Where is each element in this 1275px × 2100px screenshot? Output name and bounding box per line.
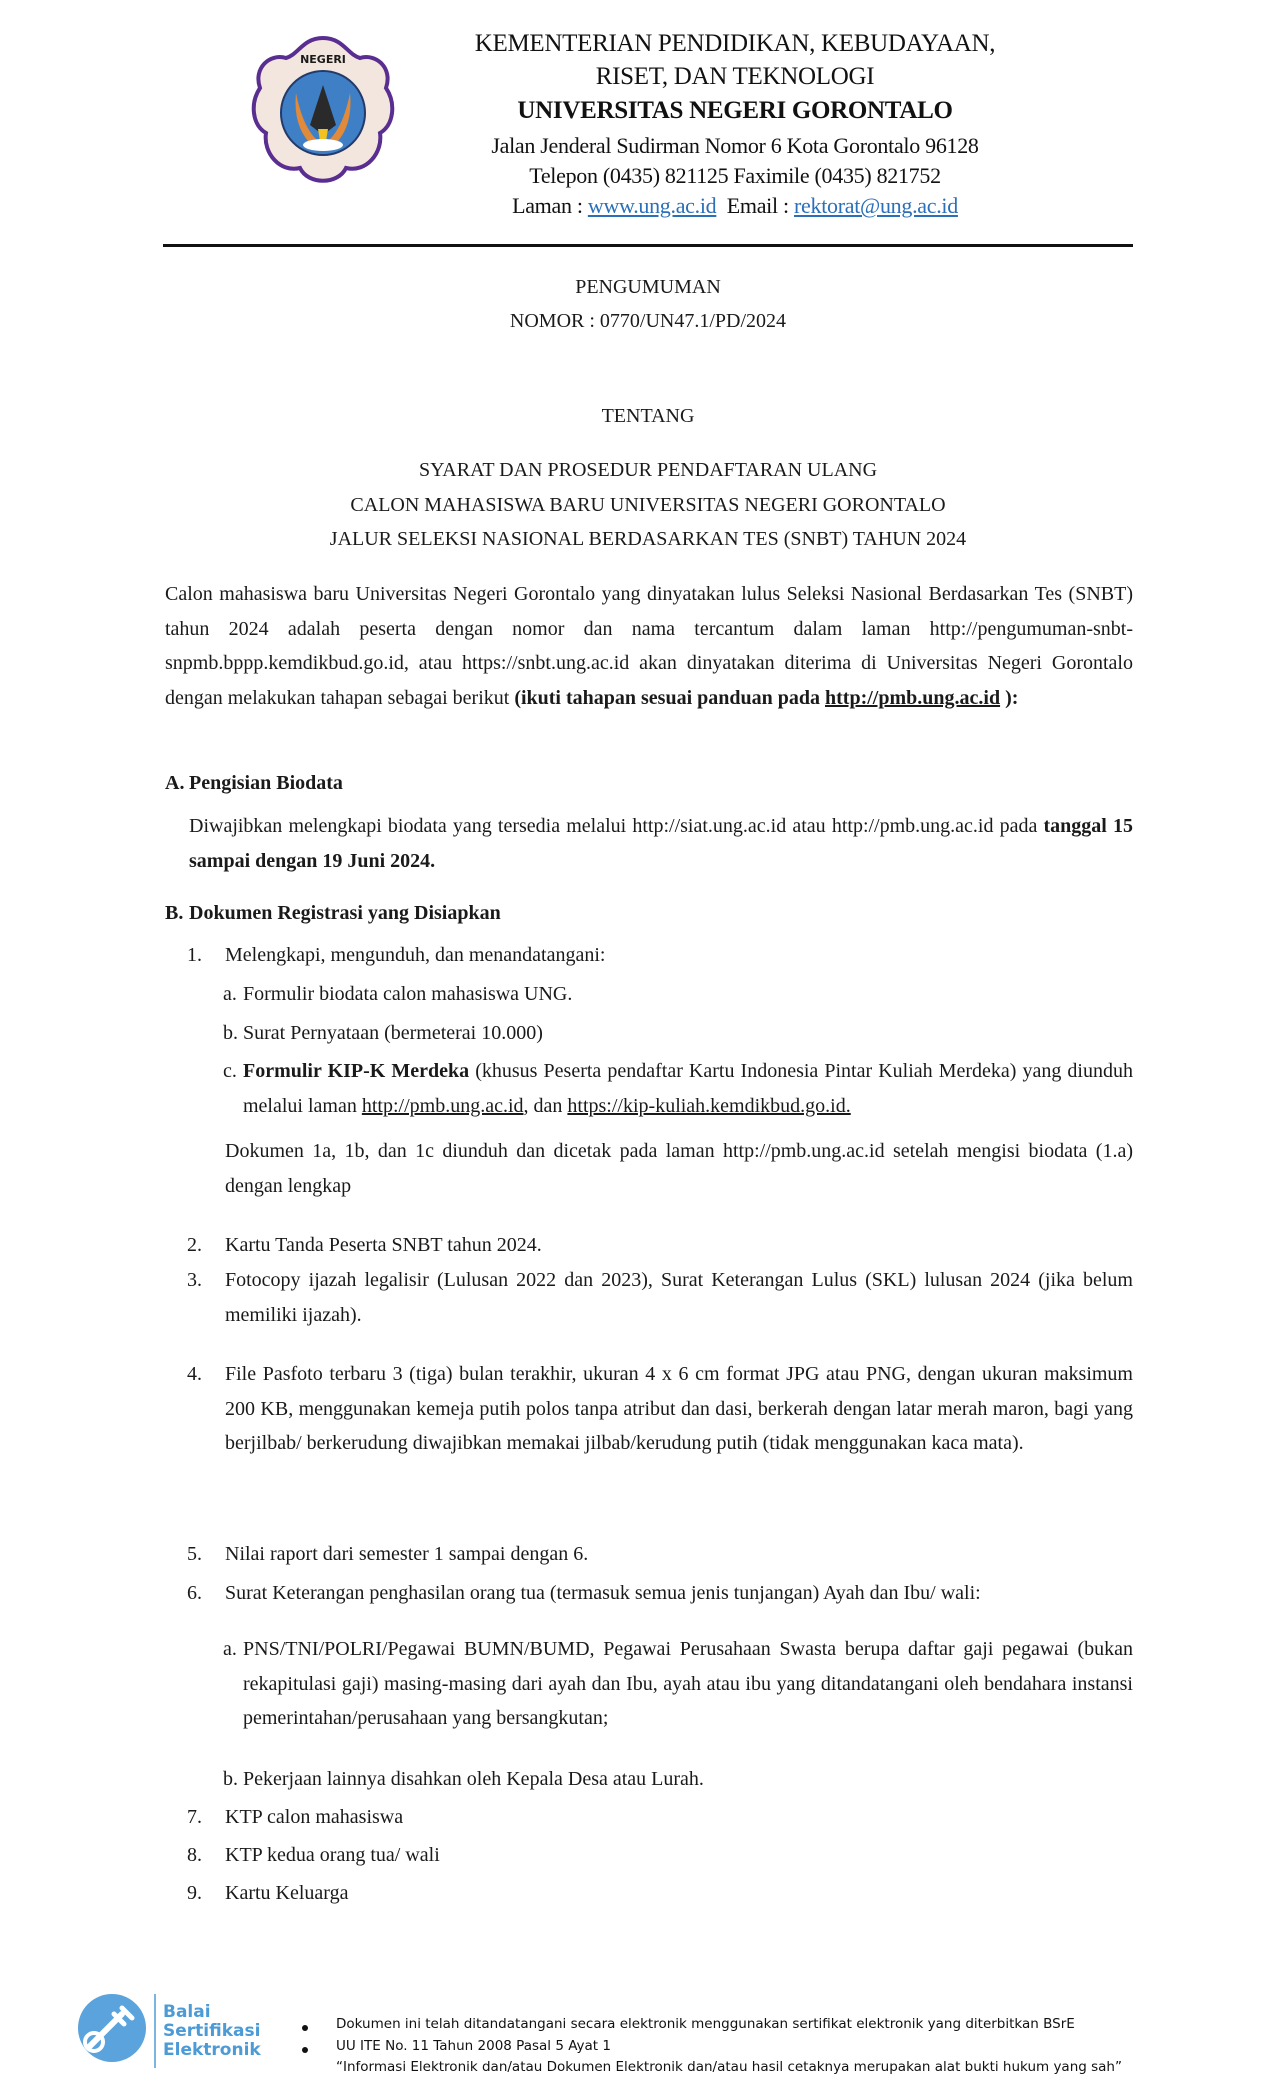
subitem-text: Pekerjaan lainnya disahkan oleh Kepala D… bbox=[243, 1762, 1133, 1797]
bsre-line: Elektronik bbox=[163, 2041, 261, 2060]
ministry-line-2: RISET, DAN TEKNOLOGI bbox=[430, 63, 1040, 91]
pmb-link[interactable]: http://pmb.ung.ac.id bbox=[362, 1095, 524, 1117]
footer-note-2: UU ITE No. 11 Tahun 2008 Pasal 5 Ayat 1 bbox=[336, 2038, 611, 2054]
item-1-note: Dokumen 1a, 1b, dan 1c diunduh dan dicet… bbox=[225, 1134, 1133, 1203]
item-text: Kartu Tanda Peserta SNBT tahun 2024. bbox=[225, 1228, 1133, 1263]
subitem-text-mid: , dan bbox=[524, 1095, 568, 1117]
subitem-letter: a. bbox=[223, 1632, 237, 1667]
subitem-1a: a. Formulir biodata calon mahasiswa UNG. bbox=[223, 977, 1133, 1012]
item-text: Kartu Keluarga bbox=[225, 1876, 1133, 1911]
subitem-6a: a. PNS/TNI/POLRI/Pegawai BUMN/BUMD, Pega… bbox=[223, 1632, 1133, 1736]
about-label: TENTANG bbox=[163, 405, 1133, 428]
subitem-letter: b. bbox=[223, 1016, 238, 1051]
list-item-4: 4. File Pasfoto terbaru 3 (tiga) bulan t… bbox=[187, 1357, 1133, 1461]
subitem-1b: b. Surat Pernyataan (bermeterai 10.000) bbox=[223, 1016, 1133, 1051]
section-a-heading: A.Pengisian Biodata bbox=[165, 772, 343, 795]
subject-line-2: CALON MAHASISWA BARU UNIVERSITAS NEGERI … bbox=[163, 494, 1133, 517]
section-a-marker: A. bbox=[165, 772, 189, 795]
bullet-icon bbox=[302, 2025, 308, 2031]
item-number: 3. bbox=[187, 1263, 202, 1298]
subject-line-3: JALUR SELEKSI NASIONAL BERDASARKAN TES (… bbox=[163, 528, 1133, 551]
email-link[interactable]: rektorat@ung.ac.id bbox=[794, 193, 958, 218]
website-label: Laman : bbox=[512, 193, 588, 218]
university-name: UNIVERSITAS NEGERI GORONTALO bbox=[430, 97, 1040, 125]
intro-paragraph: Calon mahasiswa baru Universitas Negeri … bbox=[165, 577, 1133, 715]
contact-line: Laman : www.ung.ac.id Email : rektorat@u… bbox=[430, 193, 1040, 219]
item-text: Surat Keterangan penghasilan orang tua (… bbox=[225, 1576, 1133, 1611]
list-item-7: 7. KTP calon mahasiswa bbox=[187, 1800, 1133, 1835]
website-link[interactable]: www.ung.ac.id bbox=[588, 193, 716, 218]
item-number: 6. bbox=[187, 1576, 202, 1611]
section-a-title: Pengisian Biodata bbox=[189, 772, 343, 794]
phone-fax: Telepon (0435) 821125 Faximile (0435) 82… bbox=[430, 163, 1040, 189]
list-item-5: 5. Nilai raport dari semester 1 sampai d… bbox=[187, 1537, 1133, 1572]
key-seal-icon bbox=[76, 1992, 148, 2064]
item-text: KTP calon mahasiswa bbox=[225, 1800, 1133, 1835]
list-item-9: 9. Kartu Keluarga bbox=[187, 1876, 1133, 1911]
university-seal-icon: NEGERI bbox=[248, 33, 398, 191]
subitem-letter: a. bbox=[223, 977, 237, 1012]
item-number: 5. bbox=[187, 1537, 202, 1572]
bsre-divider bbox=[154, 1994, 156, 2068]
bsre-line: Sertifikasi bbox=[163, 2022, 261, 2041]
item-number: 8. bbox=[187, 1838, 202, 1873]
item-text: KTP kedua orang tua/ wali bbox=[225, 1838, 1133, 1873]
section-a-text: Diwajibkan melengkapi biodata yang terse… bbox=[189, 815, 1044, 837]
list-item-2: 2. Kartu Tanda Peserta SNBT tahun 2024. bbox=[187, 1228, 1133, 1263]
subitem-letter: b. bbox=[223, 1762, 238, 1797]
letterhead-divider bbox=[163, 244, 1133, 247]
subitem-text: PNS/TNI/POLRI/Pegawai BUMN/BUMD, Pegawai… bbox=[243, 1632, 1133, 1736]
item-text: File Pasfoto terbaru 3 (tiga) bulan tera… bbox=[225, 1357, 1133, 1461]
item-number: 7. bbox=[187, 1800, 202, 1835]
bsre-line: Balai bbox=[163, 2003, 261, 2022]
bsre-logo-text: Balai Sertifikasi Elektronik bbox=[163, 2003, 261, 2060]
item-number: 2. bbox=[187, 1228, 202, 1263]
subitem-text: Surat Pernyataan (bermeterai 10.000) bbox=[243, 1016, 1133, 1051]
intro-bold-suffix: ): bbox=[1000, 687, 1018, 709]
subject-line-1: SYARAT DAN PROSEDUR PENDAFTARAN ULANG bbox=[163, 459, 1133, 482]
item-number: 9. bbox=[187, 1876, 202, 1911]
list-item-6: 6. Surat Keterangan penghasilan orang tu… bbox=[187, 1576, 1133, 1611]
subitem-1c: c. Formulir KIP-K Merdeka (khusus Pesert… bbox=[223, 1054, 1133, 1123]
subitem-text: Formulir biodata calon mahasiswa UNG. bbox=[243, 977, 1133, 1012]
subitem-6b: b. Pekerjaan lainnya disahkan oleh Kepal… bbox=[223, 1762, 1133, 1797]
footer-quote: “Informasi Elektronik dan/atau Dokumen E… bbox=[336, 2059, 1122, 2075]
svg-text:NEGERI: NEGERI bbox=[300, 53, 346, 66]
kipk-form-name: Formulir KIP-K Merdeka bbox=[243, 1060, 469, 1082]
subitem-letter: c. bbox=[223, 1054, 237, 1089]
section-b-marker: B. bbox=[165, 902, 189, 925]
ministry-line-1: KEMENTERIAN PENDIDIKAN, KEBUDAYAAN, bbox=[430, 30, 1040, 58]
email-label: Email : bbox=[716, 193, 794, 218]
list-item-8: 8. KTP kedua orang tua/ wali bbox=[187, 1838, 1133, 1873]
intro-bold-text: (ikuti tahapan sesuai panduan pada bbox=[514, 687, 825, 709]
pmb-link[interactable]: http://pmb.ung.ac.id bbox=[825, 687, 1000, 709]
item-number: 1. bbox=[187, 938, 202, 973]
list-item-3: 3. Fotocopy ijazah legalisir (Lulusan 20… bbox=[187, 1263, 1133, 1332]
announcement-number: NOMOR : 0770/UN47.1/PD/2024 bbox=[163, 310, 1133, 333]
kip-kuliah-link[interactable]: https://kip-kuliah.kemdikbud.go.id. bbox=[567, 1095, 850, 1117]
bullet-icon bbox=[302, 2047, 308, 2053]
address: Jalan Jenderal Sudirman Nomor 6 Kota Gor… bbox=[430, 133, 1040, 159]
announcement-title: PENGUMUMAN bbox=[163, 276, 1133, 299]
footer-note-1: Dokumen ini telah ditandatangani secara … bbox=[336, 2016, 1075, 2032]
subitem-text: Formulir KIP-K Merdeka (khusus Peserta p… bbox=[243, 1054, 1133, 1123]
item-number: 4. bbox=[187, 1357, 202, 1392]
item-text: Nilai raport dari semester 1 sampai deng… bbox=[225, 1537, 1133, 1572]
section-b-heading: B.Dokumen Registrasi yang Disiapkan bbox=[165, 902, 501, 925]
section-a-body: Diwajibkan melengkapi biodata yang terse… bbox=[189, 809, 1133, 878]
item-text: Fotocopy ijazah legalisir (Lulusan 2022 … bbox=[225, 1263, 1133, 1332]
section-b-title: Dokumen Registrasi yang Disiapkan bbox=[189, 902, 501, 924]
list-item-1: 1. Melengkapi, mengunduh, dan menandatan… bbox=[187, 938, 1133, 973]
item-text: Melengkapi, mengunduh, dan menandatangan… bbox=[225, 938, 1133, 973]
